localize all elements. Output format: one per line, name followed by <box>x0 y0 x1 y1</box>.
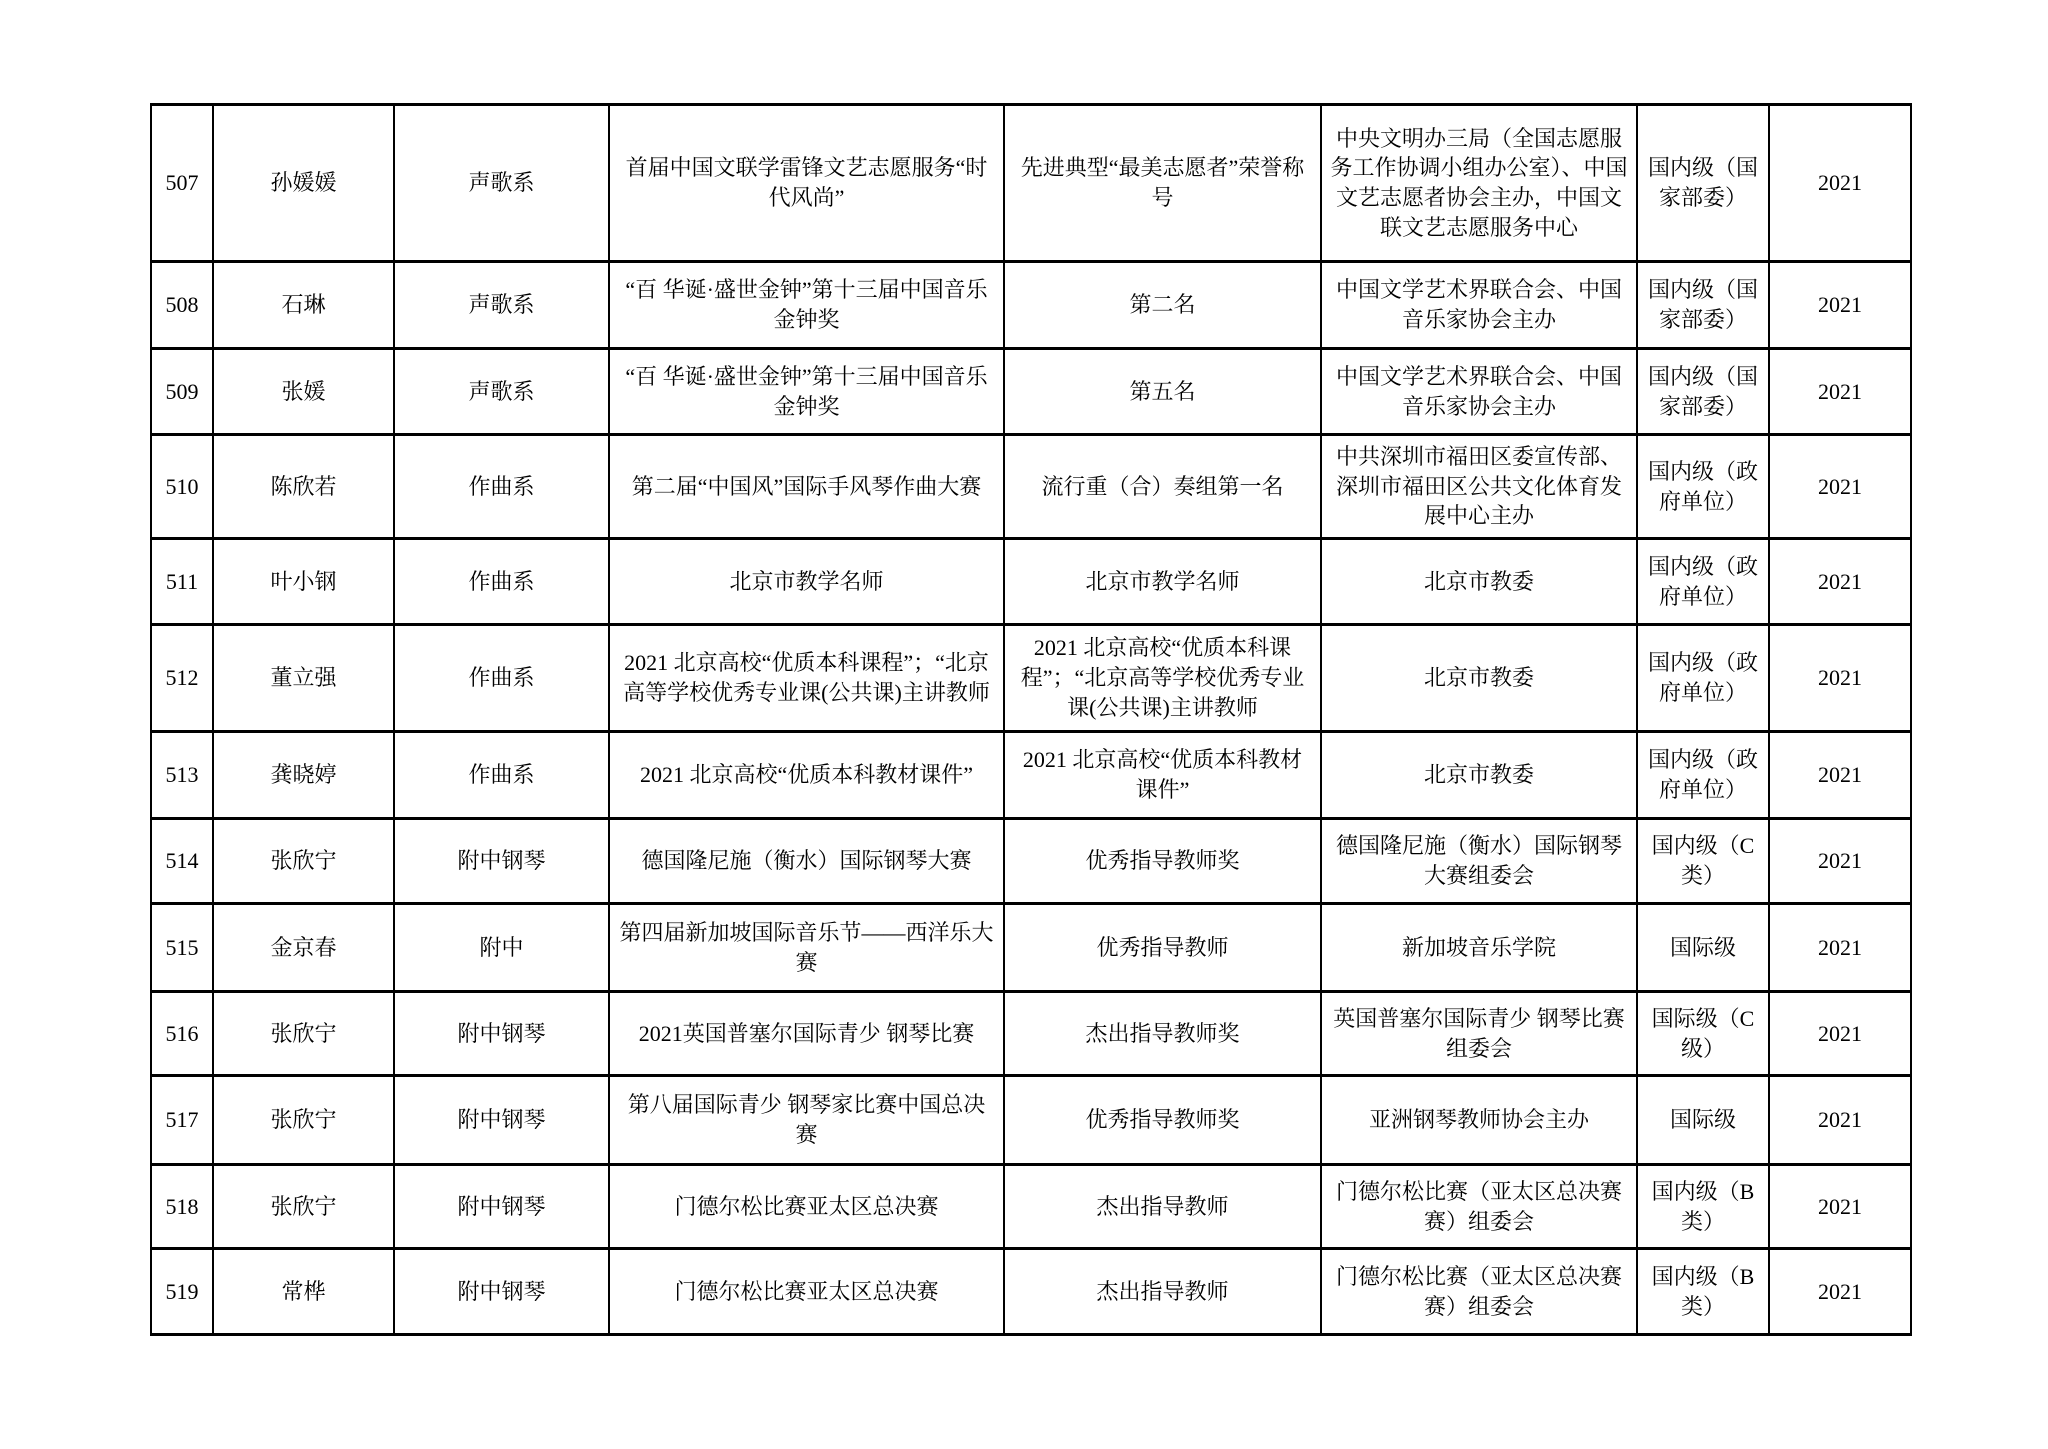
awards-table: 507 孙媛媛 声歌系 首届中国文联学雷锋文艺志愿服务“时代风尚” 先进典型“最… <box>150 103 1912 1336</box>
cell-prize: 2021 北京高校“优质本科教材课件” <box>1004 732 1321 819</box>
cell-year: 2021 <box>1769 1249 1911 1335</box>
cell-person-name: 孙媛媛 <box>213 105 394 262</box>
table-row: 515 金京春 附中 第四届新加坡国际音乐节——西洋乐大赛 优秀指导教师 新加坡… <box>151 904 1911 992</box>
cell-prize: 杰出指导教师 <box>1004 1249 1321 1335</box>
cell-year: 2021 <box>1769 1076 1911 1165</box>
table-row: 509 张媛 声歌系 “百 华诞·盛世金钟”第十三届中国音乐金钟奖 第五名 中国… <box>151 349 1911 435</box>
cell-prize: 优秀指导教师 <box>1004 904 1321 992</box>
cell-department: 附中钢琴 <box>394 819 609 904</box>
cell-person-name: 石琳 <box>213 262 394 349</box>
table-row: 518 张欣宁 附中钢琴 门德尔松比赛亚太区总决赛 杰出指导教师 门德尔松比赛（… <box>151 1165 1911 1249</box>
cell-award-name: 第四届新加坡国际音乐节——西洋乐大赛 <box>609 904 1004 992</box>
cell-year: 2021 <box>1769 435 1911 539</box>
cell-prize: 优秀指导教师奖 <box>1004 819 1321 904</box>
table-row: 513 龚晓婷 作曲系 2021 北京高校“优质本科教材课件” 2021 北京高… <box>151 732 1911 819</box>
cell-department: 附中钢琴 <box>394 992 609 1076</box>
cell-prize: 先进典型“最美志愿者”荣誉称号 <box>1004 105 1321 262</box>
cell-level: 国际级（C级） <box>1637 992 1769 1076</box>
table-row: 507 孙媛媛 声歌系 首届中国文联学雷锋文艺志愿服务“时代风尚” 先进典型“最… <box>151 105 1911 262</box>
cell-prize: 北京市教学名师 <box>1004 539 1321 625</box>
table-row: 516 张欣宁 附中钢琴 2021英国普塞尔国际青少 钢琴比赛 杰出指导教师奖 … <box>151 992 1911 1076</box>
cell-department: 声歌系 <box>394 105 609 262</box>
cell-year: 2021 <box>1769 992 1911 1076</box>
document-page: 507 孙媛媛 声歌系 首届中国文联学雷锋文艺志愿服务“时代风尚” 先进典型“最… <box>150 103 1912 1336</box>
cell-department: 附中钢琴 <box>394 1249 609 1335</box>
cell-level: 国内级（B类） <box>1637 1249 1769 1335</box>
cell-award-name: 首届中国文联学雷锋文艺志愿服务“时代风尚” <box>609 105 1004 262</box>
cell-award-name: 德国隆尼施（衡水）国际钢琴大赛 <box>609 819 1004 904</box>
cell-row-number: 514 <box>151 819 213 904</box>
cell-row-number: 518 <box>151 1165 213 1249</box>
cell-organizer: 中共深圳市福田区委宣传部、深圳市福田区公共文化体育发展中心主办 <box>1321 435 1637 539</box>
cell-year: 2021 <box>1769 904 1911 992</box>
cell-department: 附中钢琴 <box>394 1165 609 1249</box>
cell-organizer: 中国文学艺术界联合会、中国音乐家协会主办 <box>1321 262 1637 349</box>
cell-department: 声歌系 <box>394 349 609 435</box>
cell-person-name: 张欣宁 <box>213 992 394 1076</box>
table-row: 512 董立强 作曲系 2021 北京高校“优质本科课程”；“北京高等学校优秀专… <box>151 625 1911 732</box>
cell-person-name: 张欣宁 <box>213 1165 394 1249</box>
cell-level: 国际级 <box>1637 904 1769 992</box>
cell-year: 2021 <box>1769 819 1911 904</box>
cell-year: 2021 <box>1769 262 1911 349</box>
cell-department: 作曲系 <box>394 625 609 732</box>
cell-row-number: 509 <box>151 349 213 435</box>
cell-row-number: 519 <box>151 1249 213 1335</box>
cell-award-name: 门德尔松比赛亚太区总决赛 <box>609 1165 1004 1249</box>
cell-row-number: 513 <box>151 732 213 819</box>
cell-award-name: 北京市教学名师 <box>609 539 1004 625</box>
cell-department: 声歌系 <box>394 262 609 349</box>
cell-department: 作曲系 <box>394 539 609 625</box>
table-row: 511 叶小钢 作曲系 北京市教学名师 北京市教学名师 北京市教委 国内级（政府… <box>151 539 1911 625</box>
cell-level: 国内级（B类） <box>1637 1165 1769 1249</box>
cell-organizer: 北京市教委 <box>1321 539 1637 625</box>
cell-department: 附中 <box>394 904 609 992</box>
cell-award-name: 2021英国普塞尔国际青少 钢琴比赛 <box>609 992 1004 1076</box>
cell-level: 国际级 <box>1637 1076 1769 1165</box>
cell-prize: 杰出指导教师 <box>1004 1165 1321 1249</box>
cell-prize: 第二名 <box>1004 262 1321 349</box>
cell-year: 2021 <box>1769 539 1911 625</box>
cell-row-number: 511 <box>151 539 213 625</box>
cell-person-name: 张欣宁 <box>213 1076 394 1165</box>
cell-award-name: “百 华诞·盛世金钟”第十三届中国音乐金钟奖 <box>609 262 1004 349</box>
cell-level: 国内级（政府单位） <box>1637 435 1769 539</box>
cell-award-name: 第二届“中国风”国际手风琴作曲大赛 <box>609 435 1004 539</box>
cell-organizer: 中央文明办三局（全国志愿服务工作协调小组办公室）、中国文艺志愿者协会主办，中国文… <box>1321 105 1637 262</box>
cell-organizer: 亚洲钢琴教师协会主办 <box>1321 1076 1637 1165</box>
cell-organizer: 新加坡音乐学院 <box>1321 904 1637 992</box>
cell-person-name: 张欣宁 <box>213 819 394 904</box>
cell-department: 附中钢琴 <box>394 1076 609 1165</box>
table-row: 510 陈欣若 作曲系 第二届“中国风”国际手风琴作曲大赛 流行重（合）奏组第一… <box>151 435 1911 539</box>
cell-row-number: 516 <box>151 992 213 1076</box>
cell-prize: 流行重（合）奏组第一名 <box>1004 435 1321 539</box>
cell-prize: 杰出指导教师奖 <box>1004 992 1321 1076</box>
cell-person-name: 常桦 <box>213 1249 394 1335</box>
cell-row-number: 512 <box>151 625 213 732</box>
cell-level: 国内级（政府单位） <box>1637 625 1769 732</box>
table-row: 514 张欣宁 附中钢琴 德国隆尼施（衡水）国际钢琴大赛 优秀指导教师奖 德国隆… <box>151 819 1911 904</box>
cell-organizer: 德国隆尼施（衡水）国际钢琴大赛组委会 <box>1321 819 1637 904</box>
cell-prize: 优秀指导教师奖 <box>1004 1076 1321 1165</box>
cell-level: 国内级（国家部委） <box>1637 349 1769 435</box>
cell-row-number: 508 <box>151 262 213 349</box>
cell-award-name: 2021 北京高校“优质本科课程”；“北京高等学校优秀专业课(公共课)主讲教师 <box>609 625 1004 732</box>
cell-level: 国内级（国家部委） <box>1637 262 1769 349</box>
cell-person-name: 叶小钢 <box>213 539 394 625</box>
cell-department: 作曲系 <box>394 435 609 539</box>
cell-person-name: 陈欣若 <box>213 435 394 539</box>
cell-award-name: “百 华诞·盛世金钟”第十三届中国音乐金钟奖 <box>609 349 1004 435</box>
cell-year: 2021 <box>1769 105 1911 262</box>
cell-person-name: 金京春 <box>213 904 394 992</box>
cell-organizer: 英国普塞尔国际青少 钢琴比赛组委会 <box>1321 992 1637 1076</box>
cell-year: 2021 <box>1769 1165 1911 1249</box>
cell-award-name: 第八届国际青少 钢琴家比赛中国总决赛 <box>609 1076 1004 1165</box>
cell-award-name: 2021 北京高校“优质本科教材课件” <box>609 732 1004 819</box>
cell-level: 国内级（政府单位） <box>1637 539 1769 625</box>
cell-organizer: 中国文学艺术界联合会、中国音乐家协会主办 <box>1321 349 1637 435</box>
cell-person-name: 董立强 <box>213 625 394 732</box>
cell-award-name: 门德尔松比赛亚太区总决赛 <box>609 1249 1004 1335</box>
table-body: 507 孙媛媛 声歌系 首届中国文联学雷锋文艺志愿服务“时代风尚” 先进典型“最… <box>151 105 1911 1335</box>
cell-person-name: 龚晓婷 <box>213 732 394 819</box>
cell-organizer: 北京市教委 <box>1321 625 1637 732</box>
cell-prize: 第五名 <box>1004 349 1321 435</box>
cell-level: 国内级（国家部委） <box>1637 105 1769 262</box>
cell-year: 2021 <box>1769 732 1911 819</box>
cell-level: 国内级（C类） <box>1637 819 1769 904</box>
cell-row-number: 515 <box>151 904 213 992</box>
cell-department: 作曲系 <box>394 732 609 819</box>
table-row: 519 常桦 附中钢琴 门德尔松比赛亚太区总决赛 杰出指导教师 门德尔松比赛（亚… <box>151 1249 1911 1335</box>
cell-year: 2021 <box>1769 625 1911 732</box>
cell-organizer: 门德尔松比赛（亚太区总决赛赛）组委会 <box>1321 1249 1637 1335</box>
table-row: 517 张欣宁 附中钢琴 第八届国际青少 钢琴家比赛中国总决赛 优秀指导教师奖 … <box>151 1076 1911 1165</box>
cell-year: 2021 <box>1769 349 1911 435</box>
cell-person-name: 张媛 <box>213 349 394 435</box>
cell-prize: 2021 北京高校“优质本科课程”；“北京高等学校优秀专业课(公共课)主讲教师 <box>1004 625 1321 732</box>
table-row: 508 石琳 声歌系 “百 华诞·盛世金钟”第十三届中国音乐金钟奖 第二名 中国… <box>151 262 1911 349</box>
cell-row-number: 517 <box>151 1076 213 1165</box>
cell-organizer: 北京市教委 <box>1321 732 1637 819</box>
cell-level: 国内级（政府单位） <box>1637 732 1769 819</box>
cell-row-number: 510 <box>151 435 213 539</box>
cell-row-number: 507 <box>151 105 213 262</box>
cell-organizer: 门德尔松比赛（亚太区总决赛赛）组委会 <box>1321 1165 1637 1249</box>
